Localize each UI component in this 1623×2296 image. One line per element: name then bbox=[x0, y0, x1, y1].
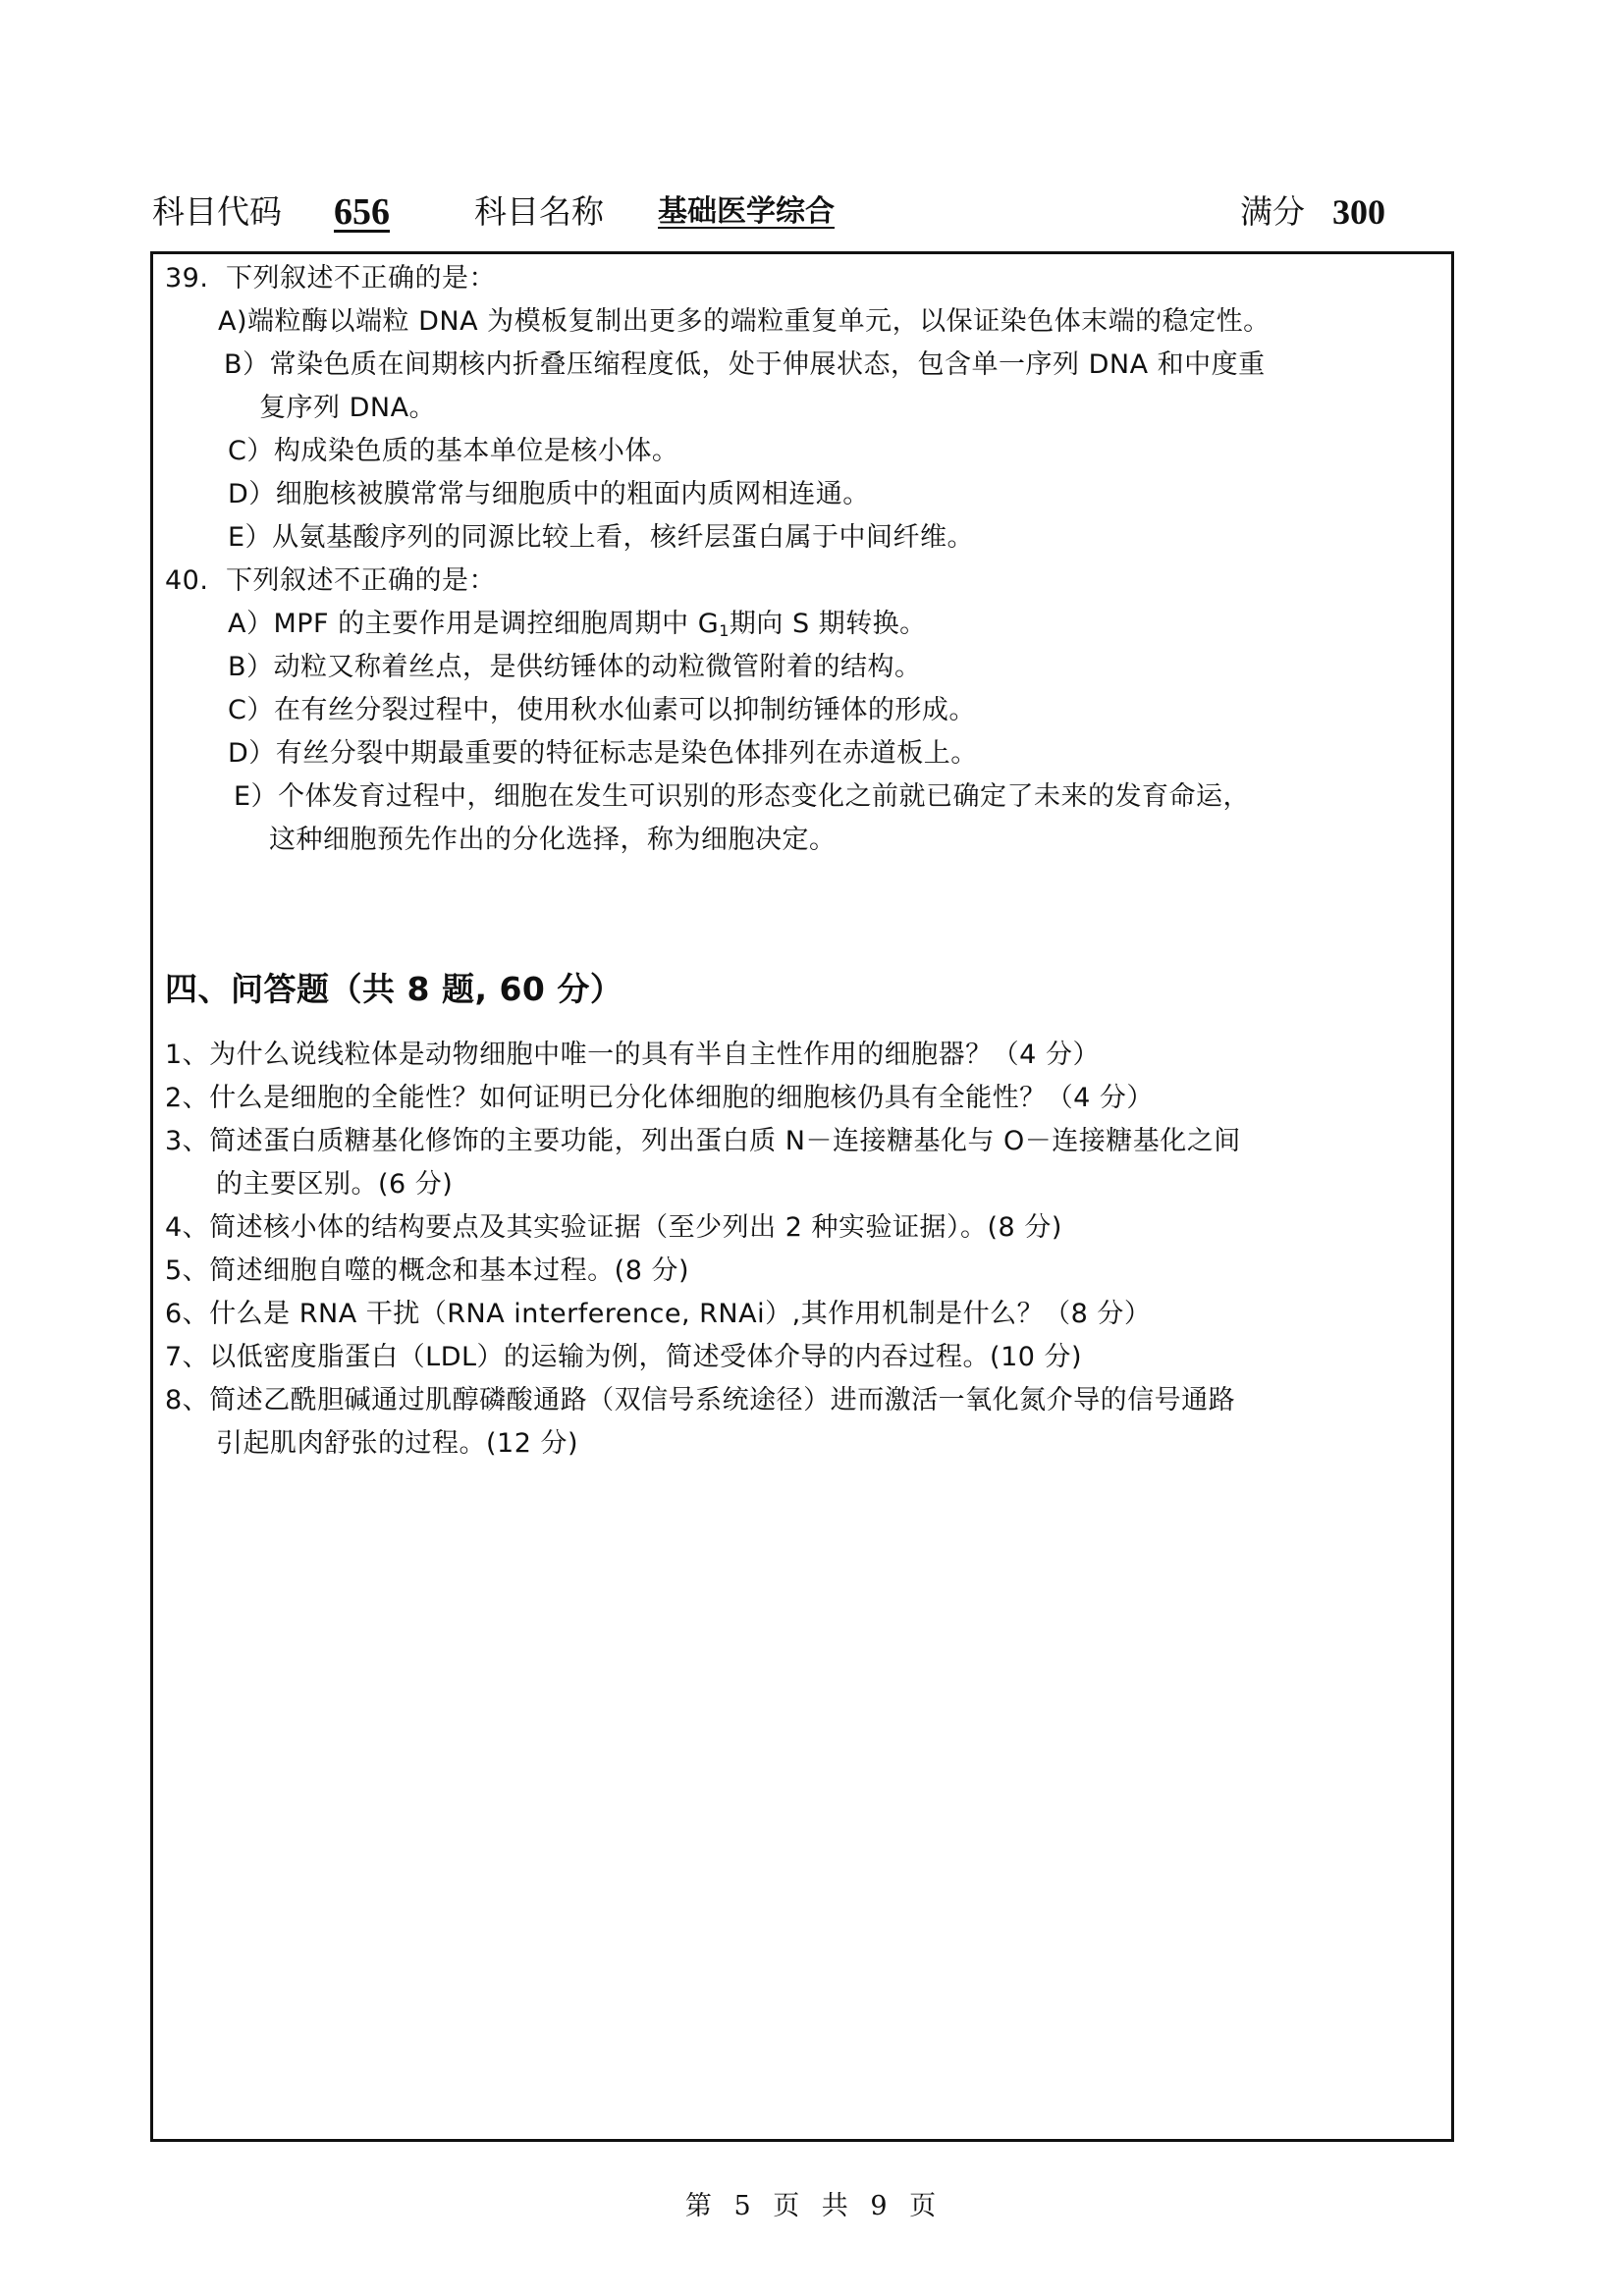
question-text: 下列叙述不正确的是： bbox=[226, 263, 496, 294]
question-stem: 39.下列叙述不正确的是： bbox=[165, 257, 1446, 300]
option-d: D）有丝分裂中期最重要的特征标志是染色体排列在赤道板上。 bbox=[165, 732, 1446, 775]
subject-code-label: 科目代码 bbox=[152, 185, 282, 240]
option-text: 有丝分裂中期最重要的特征标志是染色体排列在赤道板上。 bbox=[276, 738, 978, 769]
option-text: 个体发育过程中，细胞在发生可识别的形态变化之前就已确定了未来的发育命运， bbox=[278, 781, 1250, 812]
option-text: 在有丝分裂过程中，使用秋水仙素可以抑制纺锤体的形成。 bbox=[274, 695, 976, 725]
subject-name-value: 基础医学综合 bbox=[658, 185, 835, 240]
qa-item-3: 3、简述蛋白质糖基化修饰的主要功能，列出蛋白质 N－连接糖基化与 O－连接糖基化… bbox=[165, 1120, 1446, 1206]
subject-name-label: 科目名称 bbox=[474, 185, 604, 240]
question-number: 39. bbox=[165, 257, 226, 300]
qa-text: 3、简述蛋白质糖基化修饰的主要功能，列出蛋白质 N－连接糖基化与 O－连接糖基化… bbox=[165, 1126, 1241, 1156]
option-e: E）个体发育过程中，细胞在发生可识别的形态变化之前就已确定了未来的发育命运， 这… bbox=[165, 775, 1446, 862]
option-text: 常染色质在间期核内折叠压缩程度低，处于伸展状态，包含单一序列 DNA 和中度重 bbox=[270, 349, 1266, 380]
option-c: C）在有丝分裂过程中，使用秋水仙素可以抑制纺锤体的形成。 bbox=[165, 689, 1446, 732]
option-b: B）动粒又称着丝点，是供纺锤体的动粒微管附着的结构。 bbox=[165, 646, 1446, 689]
question-39: 39.下列叙述不正确的是： A)端粒酶以端粒 DNA 为模板复制出更多的端粒重复… bbox=[165, 257, 1446, 560]
option-label: E） bbox=[228, 522, 272, 553]
option-text: 动粒又称着丝点，是供纺锤体的动粒微管附着的结构。 bbox=[274, 652, 922, 682]
section-title: 四、问答题（共 8 题, 60 分） bbox=[165, 965, 1446, 1014]
option-text-continued: 复序列 DNA。 bbox=[224, 387, 1446, 430]
option-text: 端粒酶以端粒 DNA 为模板复制出更多的端粒重复单元，以保证染色体末端的稳定性。 bbox=[247, 306, 1271, 337]
qa-item-6: 6、什么是 RNA 干扰（RNA interference, RNAi）,其作用… bbox=[165, 1293, 1446, 1336]
option-text-tail: 期向 S 期转换。 bbox=[730, 609, 927, 639]
option-text: 构成染色质的基本单位是核小体。 bbox=[274, 436, 679, 466]
qa-text-continued: 引起肌肉舒张的过程。(12 分) bbox=[165, 1422, 1446, 1466]
option-a: A)端粒酶以端粒 DNA 为模板复制出更多的端粒重复单元，以保证染色体末端的稳定… bbox=[165, 300, 1446, 344]
qa-text: 4、简述核小体的结构要点及其实验证据（至少列出 2 种实验证据）。(8 分) bbox=[165, 1212, 1062, 1243]
option-b: B）常染色质在间期核内折叠压缩程度低，处于伸展状态，包含单一序列 DNA 和中度… bbox=[165, 344, 1446, 430]
option-e: E）从氨基酸序列的同源比较上看，核纤层蛋白属于中间纤维。 bbox=[165, 516, 1446, 560]
qa-list: 1、为什么说线粒体是动物细胞中唯一的具有半自主性作用的细胞器？（4 分） 2、什… bbox=[165, 1034, 1446, 1466]
qa-item-7: 7、以低密度脂蛋白（LDL）的运输为例，简述受体介导的内吞过程。(10 分) bbox=[165, 1336, 1446, 1379]
subscript: 1 bbox=[719, 621, 730, 640]
qa-item-8: 8、简述乙酰胆碱通过肌醇磷酸通路（双信号系统途径）进而激活一氧化氮介导的信号通路… bbox=[165, 1379, 1446, 1466]
question-stem: 40.下列叙述不正确的是： bbox=[165, 560, 1446, 603]
qa-text: 6、什么是 RNA 干扰（RNA interference, RNAi）,其作用… bbox=[165, 1299, 1151, 1329]
qa-text: 2、什么是细胞的全能性？如何证明已分化体细胞的细胞核仍具有全能性？（4 分） bbox=[165, 1083, 1154, 1113]
option-a: A）MPF 的主要作用是调控细胞周期中 G1期向 S 期转换。 bbox=[165, 603, 1446, 646]
qa-text: 7、以低密度脂蛋白（LDL）的运输为例，简述受体介导的内吞过程。(10 分) bbox=[165, 1342, 1082, 1372]
qa-text: 5、简述细胞自噬的概念和基本过程。(8 分) bbox=[165, 1255, 689, 1286]
option-label: A) bbox=[218, 306, 247, 337]
option-label: E） bbox=[234, 781, 278, 812]
qa-text: 1、为什么说线粒体是动物细胞中唯一的具有半自主性作用的细胞器？（4 分） bbox=[165, 1040, 1100, 1070]
option-text: 细胞核被膜常常与细胞质中的粗面内质网相连通。 bbox=[276, 479, 870, 509]
exam-content: 39.下列叙述不正确的是： A)端粒酶以端粒 DNA 为模板复制出更多的端粒重复… bbox=[165, 257, 1446, 1466]
qa-item-4: 4、简述核小体的结构要点及其实验证据（至少列出 2 种实验证据）。(8 分) bbox=[165, 1206, 1446, 1250]
exam-header: 科目代码 656 科目名称 基础医学综合 满分 300 bbox=[152, 185, 1458, 240]
option-text: MPF 的主要作用是调控细胞周期中 G bbox=[273, 609, 719, 639]
option-c: C）构成染色质的基本单位是核小体。 bbox=[165, 430, 1446, 473]
option-label: D） bbox=[228, 738, 276, 769]
option-label: B） bbox=[224, 349, 270, 380]
option-label: C） bbox=[228, 436, 274, 466]
qa-item-1: 1、为什么说线粒体是动物细胞中唯一的具有半自主性作用的细胞器？（4 分） bbox=[165, 1034, 1446, 1077]
option-text-continued: 这种细胞预先作出的分化选择，称为细胞决定。 bbox=[234, 819, 1446, 862]
question-text: 下列叙述不正确的是： bbox=[226, 565, 496, 596]
option-label: A） bbox=[228, 609, 273, 639]
option-text: 从氨基酸序列的同源比较上看，核纤层蛋白属于中间纤维。 bbox=[272, 522, 974, 553]
question-40: 40.下列叙述不正确的是： A）MPF 的主要作用是调控细胞周期中 G1期向 S… bbox=[165, 560, 1446, 862]
full-score-value: 300 bbox=[1332, 185, 1385, 240]
option-label: B） bbox=[228, 652, 274, 682]
option-label: C） bbox=[228, 695, 274, 725]
question-number: 40. bbox=[165, 560, 226, 603]
qa-text-continued: 的主要区别。(6 分) bbox=[165, 1163, 1446, 1206]
qa-text: 8、简述乙酰胆碱通过肌醇磷酸通路（双信号系统途径）进而激活一氧化氮介导的信号通路 bbox=[165, 1385, 1235, 1415]
qa-item-2: 2、什么是细胞的全能性？如何证明已分化体细胞的细胞核仍具有全能性？（4 分） bbox=[165, 1077, 1446, 1120]
full-score-label: 满分 bbox=[1240, 185, 1305, 240]
option-label: D） bbox=[228, 479, 276, 509]
page-number: 第 5 页 共 9 页 bbox=[0, 2184, 1623, 2222]
subject-code-value: 656 bbox=[334, 185, 390, 240]
qa-item-5: 5、简述细胞自噬的概念和基本过程。(8 分) bbox=[165, 1250, 1446, 1293]
option-d: D）细胞核被膜常常与细胞质中的粗面内质网相连通。 bbox=[165, 473, 1446, 516]
